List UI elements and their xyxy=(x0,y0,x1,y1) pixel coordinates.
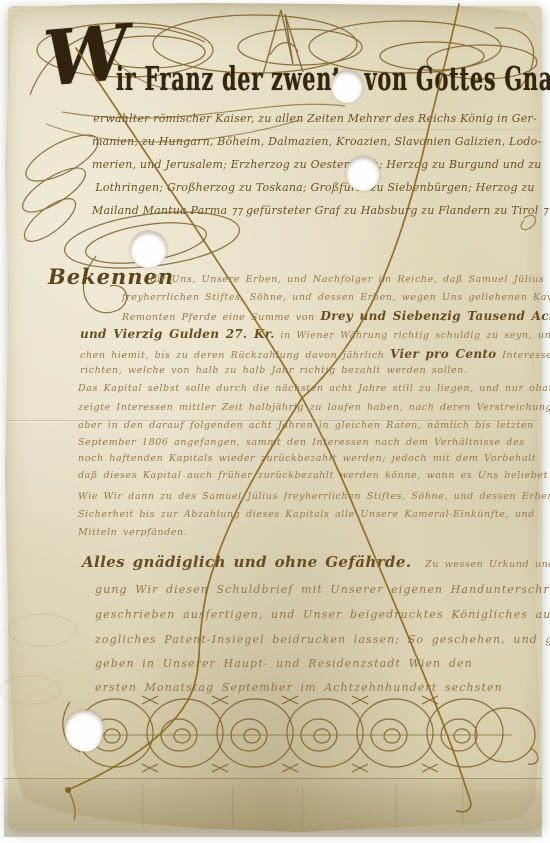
punch-hole-right xyxy=(346,156,380,191)
cancellation-line-right-to-left xyxy=(70,4,459,789)
scanned-document-page: W ir Franz der zwente von Gottes Gnaden … xyxy=(0,0,550,843)
punch-hole-top xyxy=(331,70,363,103)
ink-blot xyxy=(65,787,71,793)
cancellation-line-left-to-right xyxy=(76,48,471,812)
punch-hole-left xyxy=(130,231,167,268)
